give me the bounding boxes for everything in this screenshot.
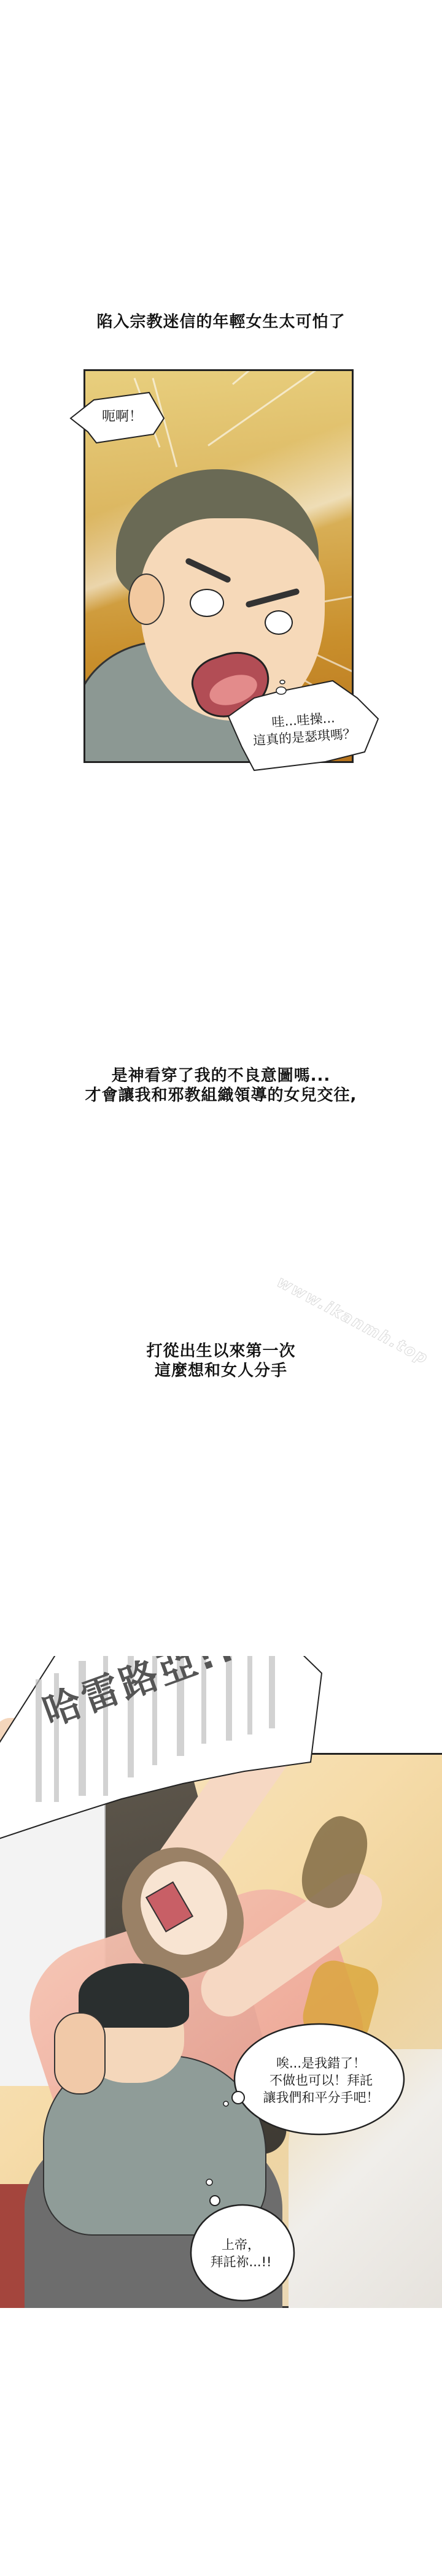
speedline <box>232 369 354 385</box>
eye <box>190 589 224 617</box>
shout-bubble-hallelujah: 哈雷路亞!!! <box>0 1656 324 1765</box>
caption-2: 是神看穿了我的不良意圖嗎... 才會讓我和邪教組織領導的女兒交往, <box>0 1066 442 1105</box>
speech-bubble-uh-ah: 呃啊！ <box>71 393 174 443</box>
caption-line: 是神看穿了我的不良意圖嗎... <box>0 1066 442 1086</box>
caption-line: 陷入宗教迷信的年輕女生太可怕了 <box>0 312 442 332</box>
caption-line: 這麼想和女人分手 <box>0 1361 442 1381</box>
praying-hands <box>54 2012 106 2095</box>
thought-bubble-my-fault: 唉...是我錯了！ 不做也可以！拜託 讓我們和平分手吧！ <box>227 2023 405 2139</box>
comic-panel-2: 哈雷路亞!!! 唉...是我錯了！ 不做也可以！拜託 讓我們和平分手吧！ 上帝，… <box>0 1656 442 2308</box>
caption-3: 打從出生以來第一次 這麼想和女人分手 <box>0 1341 442 1381</box>
bubble-text: 呃啊！ <box>71 408 174 426</box>
thought-bubble-god-please: 上帝， 拜託祢...!! <box>187 2188 295 2305</box>
caption-line: 才會讓我和邪教組織領導的女兒交往, <box>0 1086 442 1105</box>
man-ear <box>128 573 165 625</box>
caption-1: 陷入宗教迷信的年輕女生太可怕了 <box>0 312 442 332</box>
bubble-text: 上帝， 拜託祢...!! <box>187 2236 295 2271</box>
bubble-text: 唉...是我錯了！ 不做也可以！拜託 讓我們和平分手吧！ <box>232 2055 410 2106</box>
eye <box>265 610 293 635</box>
caption-line: 打從出生以來第一次 <box>0 1341 442 1361</box>
thought-bubble-is-this-seqi: 哇...哇操... 這真的是瑟琪嗎？ <box>228 680 379 772</box>
speedline <box>207 369 354 447</box>
